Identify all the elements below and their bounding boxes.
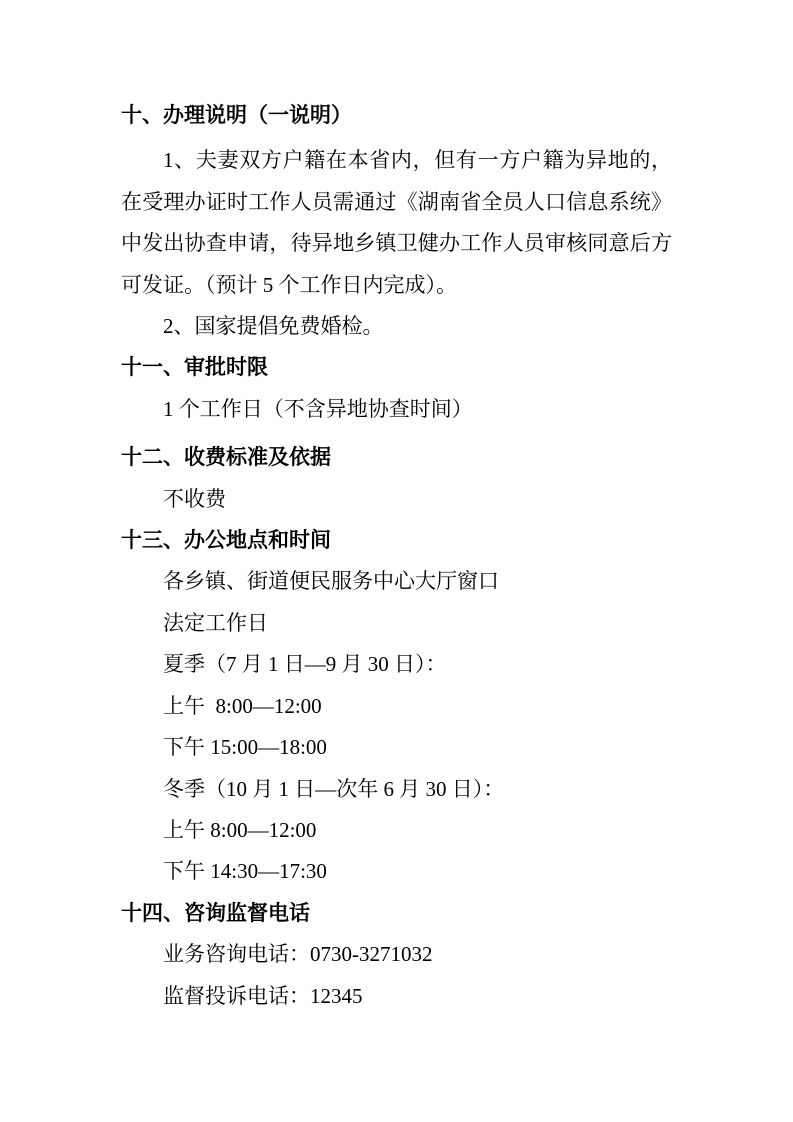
section-11-approval-time-limit: 十一、审批时限 1 个工作日（不含异地协查时间） (121, 347, 672, 430)
section-10-heading: 十、办理说明（一说明） (121, 95, 672, 136)
paragraph: 1 个工作日（不含异地协查时间） (121, 389, 672, 430)
section-14-inquiry-supervision-phones: 十四、咨询监督电话 业务咨询电话：0730-3271032 监督投诉电话：123… (121, 893, 672, 1017)
paragraph: 不收费 (121, 479, 672, 520)
section-11-heading: 十一、审批时限 (121, 347, 672, 388)
section-10-processing-notes: 十、办理说明（一说明） 1、夫妻双方户籍在本省内，但有一方户籍为异地的， 在受理… (121, 95, 672, 347)
paragraph: 上午 8:00—12:00 (121, 810, 672, 851)
section-14-heading: 十四、咨询监督电话 (121, 893, 672, 934)
paragraph: 业务咨询电话：0730-3271032 (121, 934, 672, 975)
paragraph: 下午 14:30—17:30 (121, 851, 672, 892)
paragraph: 法定工作日 (121, 603, 672, 644)
paragraph: 冬季（10 月 1 日—次年 6 月 30 日）： (121, 769, 672, 810)
paragraph: 2、国家提倡免费婚检。 (121, 306, 672, 347)
paragraph-line: 1、夫妻双方户籍在本省内，但有一方户籍为异地的， (121, 140, 672, 181)
section-12-fees: 十二、收费标准及依据 不收费 (121, 437, 672, 520)
section-13-heading: 十三、办公地点和时间 (121, 520, 672, 561)
document-page: 十、办理说明（一说明） 1、夫妻双方户籍在本省内，但有一方户籍为异地的， 在受理… (0, 0, 793, 1122)
paragraph: 下午 15:00—18:00 (121, 727, 672, 768)
paragraph-line: 在受理办证时工作人员需通过《湖南省全员人口信息系统》 (121, 182, 672, 223)
section-12-heading: 十二、收费标准及依据 (121, 437, 672, 478)
paragraph: 上午 8:00—12:00 (121, 686, 672, 727)
paragraph: 夏季（7 月 1 日—9 月 30 日）： (121, 644, 672, 685)
paragraph-line: 可发证。（预计 5 个工作日内完成）。 (121, 265, 672, 306)
paragraph: 各乡镇、街道便民服务中心大厅窗口 (121, 561, 672, 602)
paragraph: 监督投诉电话：12345 (121, 976, 672, 1017)
section-13-office-location-hours: 十三、办公地点和时间 各乡镇、街道便民服务中心大厅窗口 法定工作日 夏季（7 月… (121, 520, 672, 893)
paragraph-line: 中发出协查申请，待异地乡镇卫健办工作人员审核同意后方 (121, 223, 672, 264)
